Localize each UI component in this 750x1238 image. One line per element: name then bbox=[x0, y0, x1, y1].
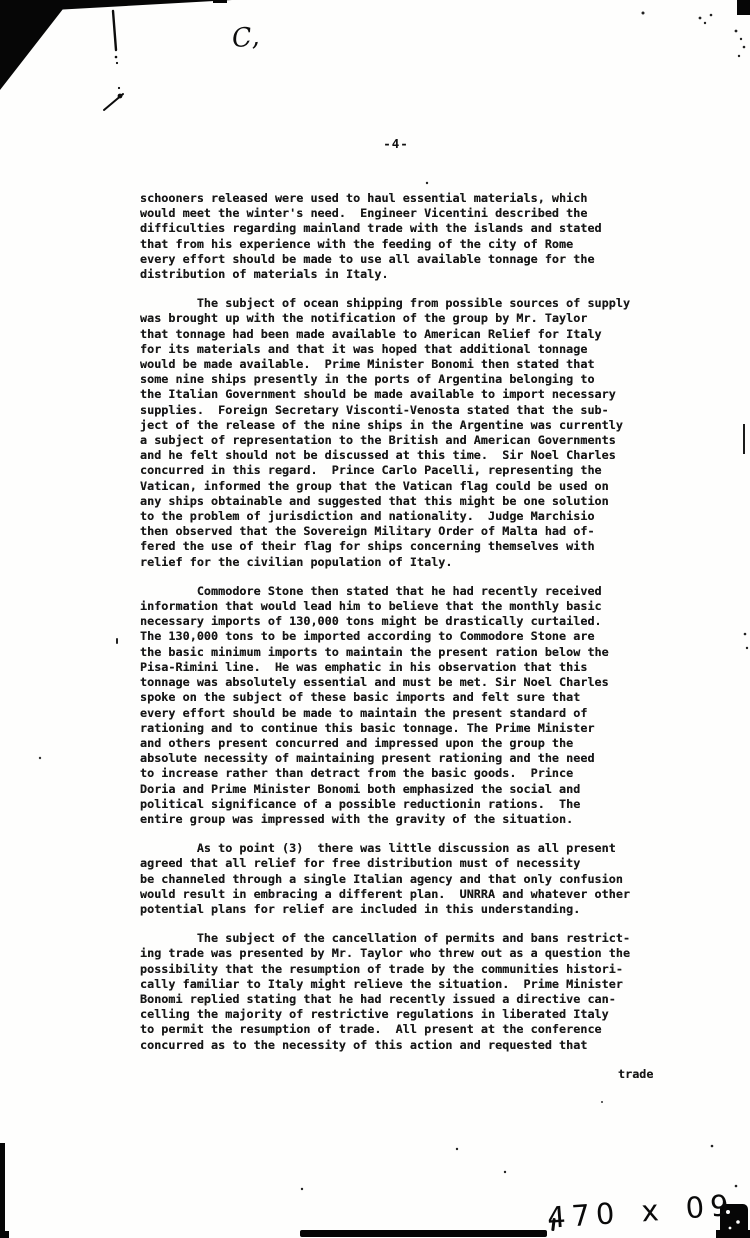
speckle bbox=[642, 12, 645, 15]
paragraph: The subject of ocean shipping from possi… bbox=[140, 296, 652, 570]
speckle bbox=[743, 46, 746, 49]
speckle bbox=[738, 55, 740, 57]
speckle bbox=[704, 22, 706, 24]
speckle bbox=[746, 647, 748, 649]
pen-dot bbox=[116, 62, 118, 64]
speckle bbox=[601, 1101, 603, 1103]
scan-corner-mark bbox=[0, 1231, 9, 1238]
pen-stroke-slash bbox=[104, 94, 123, 110]
pen-dot bbox=[115, 56, 118, 59]
scan-edge-line bbox=[743, 424, 745, 454]
scan-bottom-bar bbox=[300, 1230, 547, 1237]
scan-corner-mark bbox=[737, 0, 750, 15]
speckle bbox=[711, 1145, 714, 1148]
speckle bbox=[116, 638, 118, 644]
scan-edge-strip bbox=[0, 1143, 5, 1238]
pen-blob bbox=[118, 94, 123, 99]
paragraph-list: schooners released were used to haul ess… bbox=[140, 191, 652, 1053]
speckle bbox=[39, 757, 41, 759]
page-number: -4- bbox=[140, 136, 652, 151]
speckle bbox=[740, 38, 742, 40]
speckle bbox=[710, 14, 713, 17]
handwritten-c-mark: C, bbox=[231, 23, 261, 54]
paragraph: As to point (3) there was little discuss… bbox=[140, 841, 652, 917]
scan-edge-sliver bbox=[0, 0, 232, 13]
ink-blob-base bbox=[716, 1230, 750, 1238]
paragraph: schooners released were used to haul ess… bbox=[140, 191, 652, 282]
handwritten-number-note: 470 x 09 bbox=[546, 1189, 736, 1234]
document-body: -4- schooners released were used to haul… bbox=[140, 136, 652, 1082]
catchword: trade bbox=[140, 1067, 652, 1082]
paragraph: Commodore Stone then stated that he had … bbox=[140, 584, 652, 827]
paragraph: The subject of the cancellation of permi… bbox=[140, 931, 652, 1053]
speckle bbox=[735, 30, 738, 33]
speckle bbox=[456, 1148, 458, 1150]
scan-edge-dash bbox=[213, 0, 227, 3]
ink-blob-hole bbox=[729, 1227, 732, 1230]
speckle bbox=[301, 1188, 303, 1190]
speckle bbox=[744, 633, 747, 636]
speckle bbox=[699, 17, 702, 20]
scan-edge-dash bbox=[140, 0, 152, 3]
pen-dot bbox=[118, 87, 120, 89]
speckle bbox=[504, 1171, 506, 1173]
scan-corner-tear bbox=[0, 0, 70, 90]
scanned-document-page: C, -4- schooners released were used to h… bbox=[0, 0, 750, 1238]
ink-blob-hole bbox=[736, 1220, 740, 1224]
speckle bbox=[735, 1185, 738, 1188]
pen-stroke-vertical bbox=[113, 11, 116, 50]
